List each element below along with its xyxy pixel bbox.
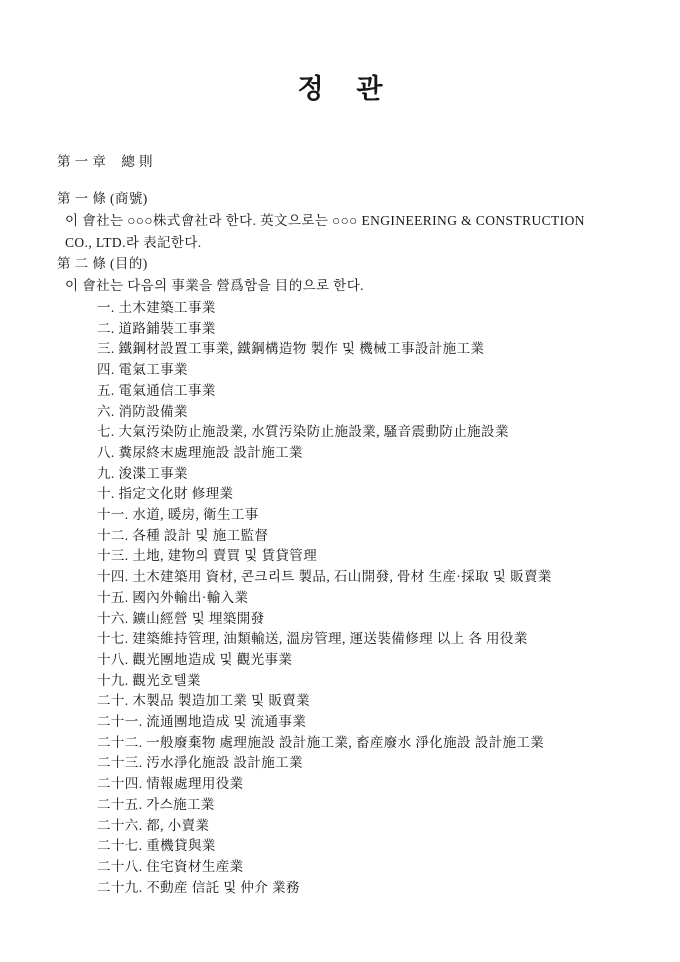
list-item: 二十七. 重機貸與業 <box>97 836 680 857</box>
list-item: 二十二. 一般廢棄物 處理施設 設計施工業, 畜産廢水 淨化施設 設計施工業 <box>97 733 680 754</box>
article-2: 第 二 條 (目的) 이 會社는 다음의 事業을 營爲함을 目的으로 한다. 一… <box>0 253 680 898</box>
business-purpose-list: 一. 土木建築工事業二. 道路鋪裝工事業三. 鐵鋼材設置工事業, 鐵鋼構造物 製… <box>97 298 680 898</box>
list-item: 二十五. 가스施工業 <box>97 795 680 816</box>
list-item: 十一. 水道, 暖房, 衛生工事 <box>97 505 680 526</box>
list-item: 十四. 土木建築用 資材, 콘크리트 製品, 石山開發, 骨材 生産·採取 및 … <box>97 567 680 588</box>
list-item: 九. 浚渫工事業 <box>97 464 680 485</box>
list-item: 十二. 各種 設計 및 施工監督 <box>97 526 680 547</box>
list-item: 一. 土木建築工事業 <box>97 298 680 319</box>
list-item: 三. 鐵鋼材設置工事業, 鐵鋼構造物 製作 및 機械工事設計施工業 <box>97 339 680 360</box>
list-item: 二十九. 不動産 信託 및 仲介 業務 <box>97 878 680 899</box>
article-1-heading: 第 一 條 (商號) <box>57 188 680 210</box>
document-page: 정 관 第 一 章 總 則 第 一 條 (商號) 이 會社는 ○○○株式會社라 … <box>0 0 680 962</box>
article-2-heading: 第 二 條 (目的) <box>57 253 680 275</box>
list-item: 二十八. 住宅資材生産業 <box>97 857 680 878</box>
list-item: 二十. 木製品 製造加工業 및 販賣業 <box>97 691 680 712</box>
list-item: 五. 電氣通信工事業 <box>97 381 680 402</box>
list-item: 八. 糞尿終末處理施設 設計施工業 <box>97 443 680 464</box>
list-item: 十八. 觀光團地造成 및 觀光事業 <box>97 650 680 671</box>
list-item: 二十三. 汚水淨化施設 設計施工業 <box>97 753 680 774</box>
list-item: 七. 大氣汚染防止施設業, 水質汚染防止施設業, 騷音震動防止施設業 <box>97 422 680 443</box>
list-item: 四. 電氣工事業 <box>97 360 680 381</box>
list-item: 十九. 觀光호텔業 <box>97 671 680 692</box>
list-item: 二十四. 情報處理用役業 <box>97 774 680 795</box>
list-item: 二十一. 流通團地造成 및 流通事業 <box>97 712 680 733</box>
article-1: 第 一 條 (商號) 이 會社는 ○○○株式會社라 한다. 英文으로는 ○○○ … <box>0 188 680 253</box>
article-1-body-line-1: 이 會社는 ○○○株式會社라 한다. 英文으로는 ○○○ ENGINEERING… <box>65 210 680 232</box>
list-item: 十五. 國內外輸出·輸入業 <box>97 588 680 609</box>
list-item: 十七. 建築維持管理, 油類輸送, 溫房管理, 運送裝備修理 以上 各 用役業 <box>97 629 680 650</box>
list-item: 二. 道路鋪裝工事業 <box>97 319 680 340</box>
article-2-intro: 이 會社는 다음의 事業을 營爲함을 目的으로 한다. <box>65 275 680 297</box>
list-item: 十六. 鑛山經營 및 埋築開發 <box>97 609 680 630</box>
document-title: 정 관 <box>0 74 680 104</box>
list-item: 十三. 土地, 建物의 賣買 및 賃貸管理 <box>97 546 680 567</box>
list-item: 六. 消防設備業 <box>97 402 680 423</box>
chapter-1-heading: 第 一 章 總 則 <box>57 153 680 171</box>
article-1-body-line-2: CO., LTD.라 表記한다. <box>65 232 680 254</box>
list-item: 二十六. 都, 小賣業 <box>97 816 680 837</box>
list-item: 十. 指定文化財 修理業 <box>97 484 680 505</box>
